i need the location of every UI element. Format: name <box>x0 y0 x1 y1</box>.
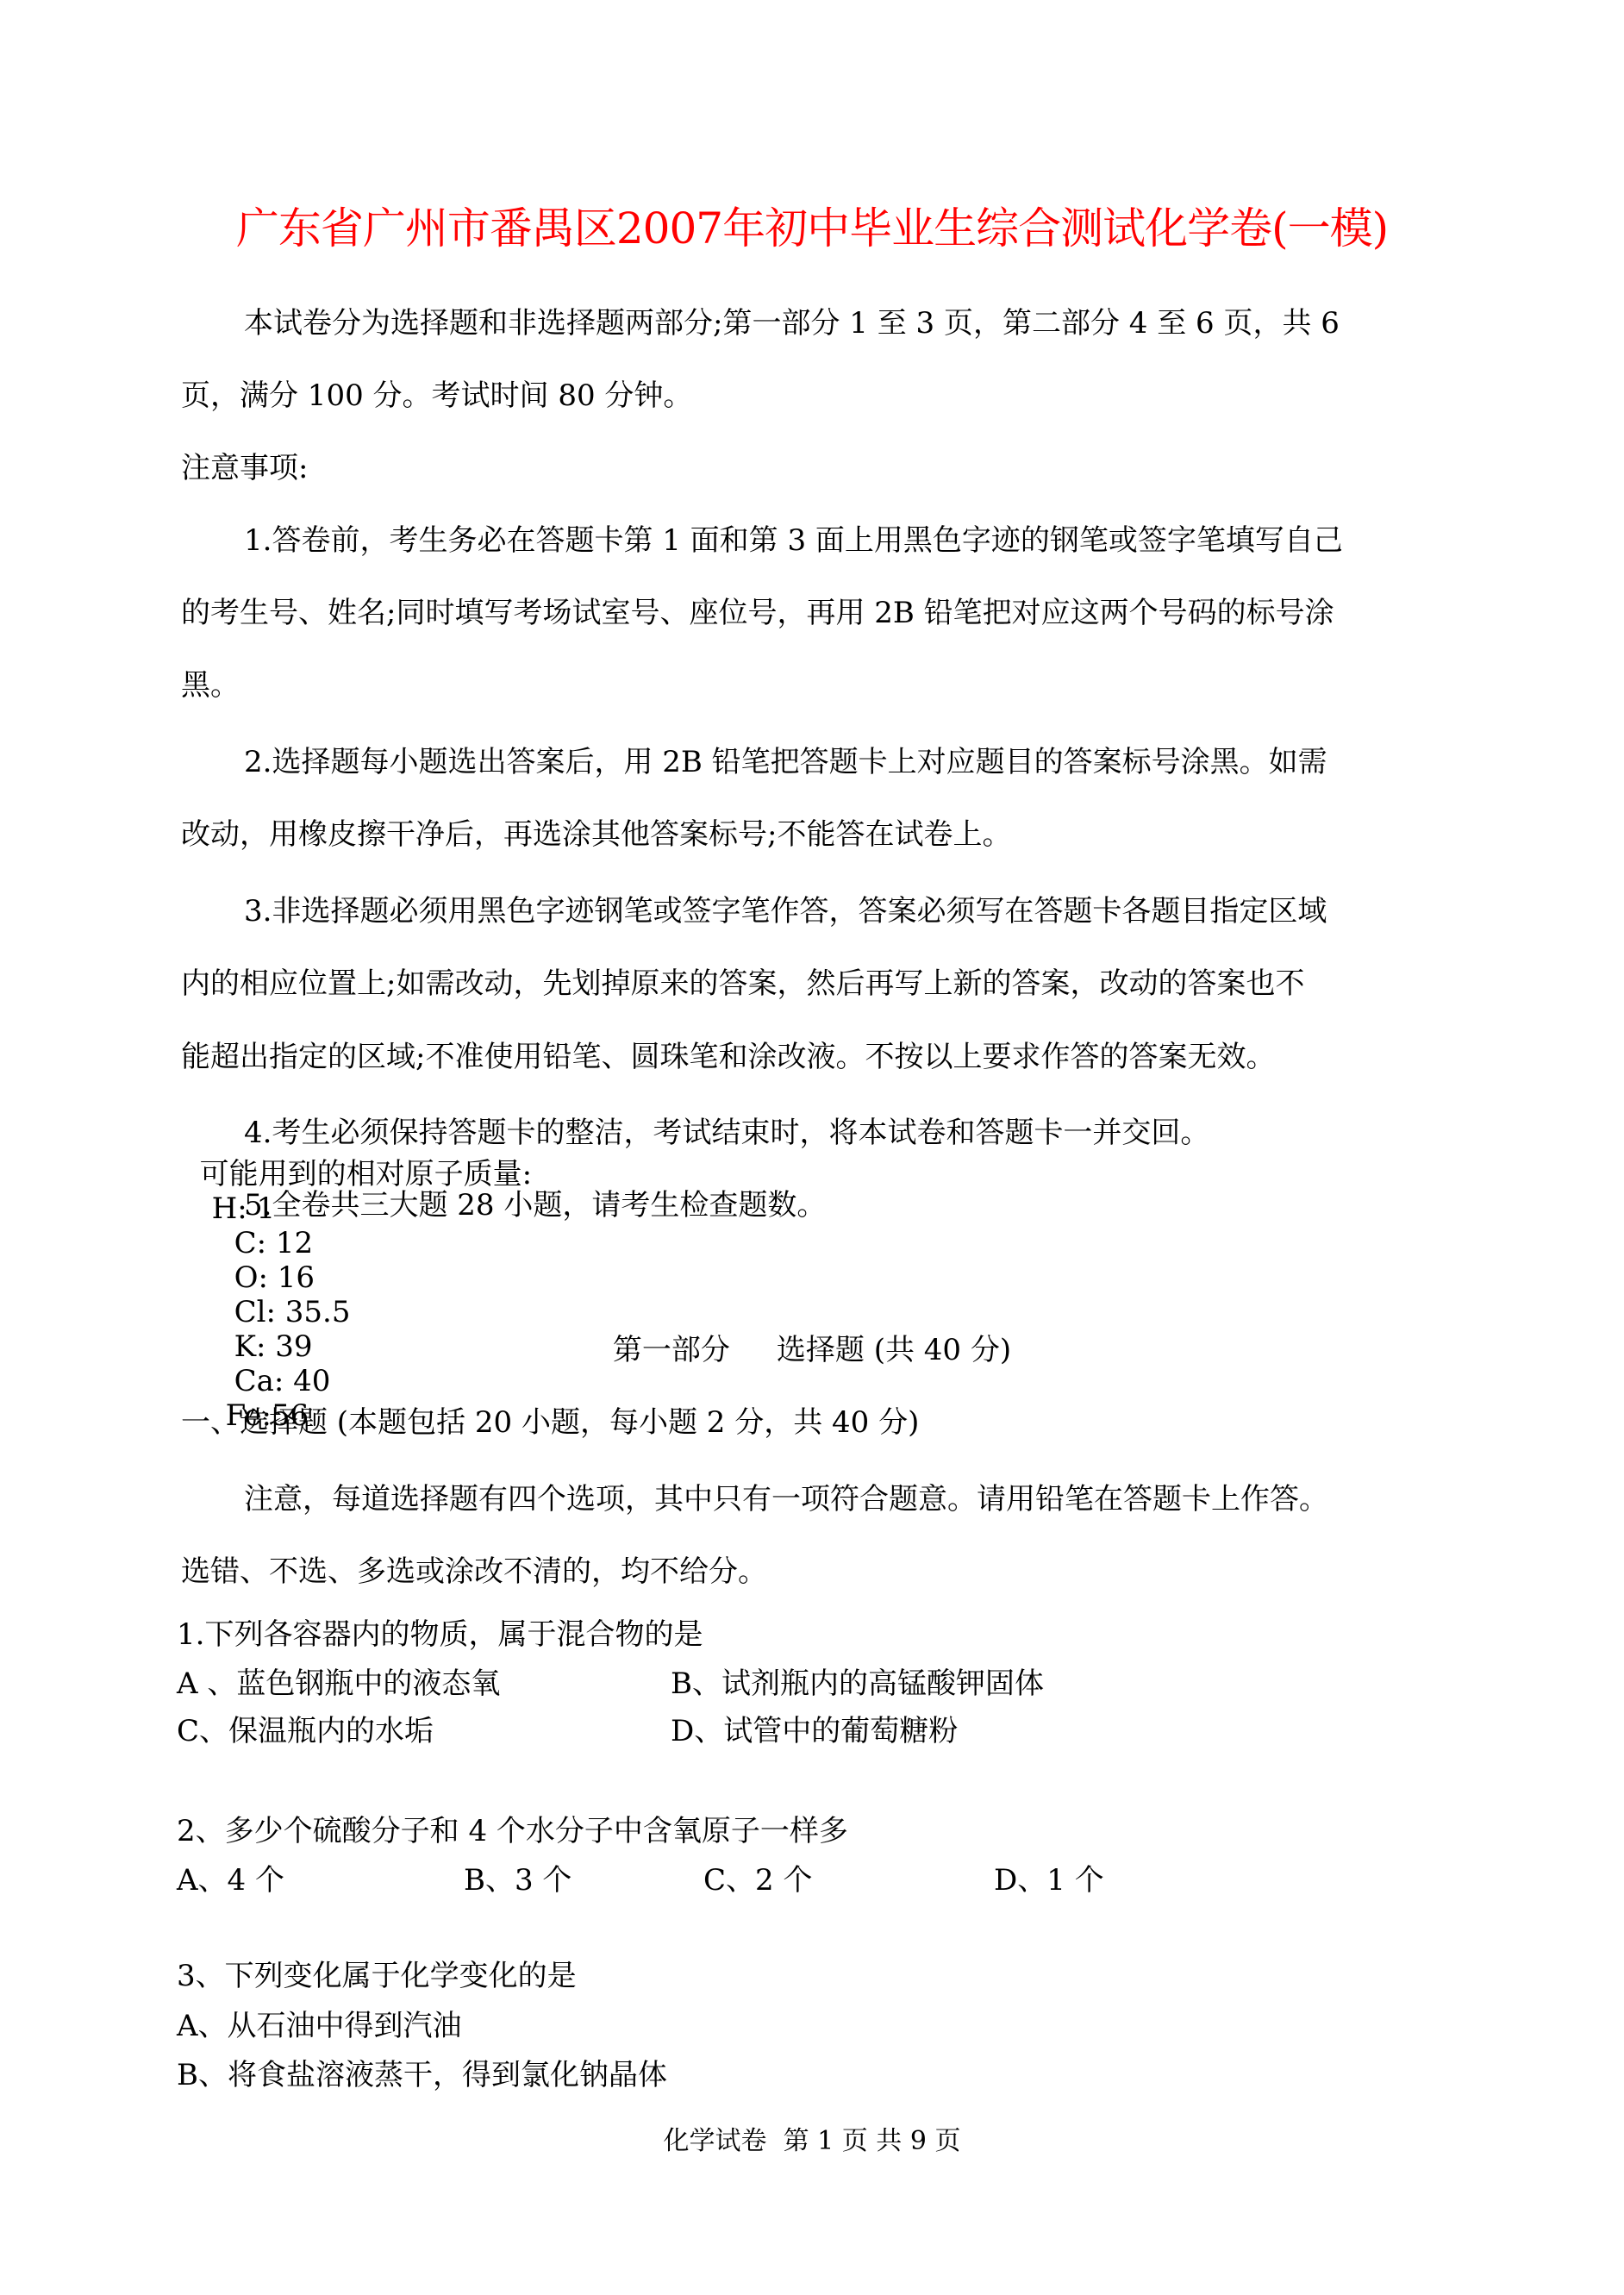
atomic-mass-cl: Cl: 35.5 <box>234 1295 351 1329</box>
intro-line-2: 页，满分 100 分。考试时间 80 分钟。 <box>181 378 692 413</box>
page-footer: 化学试卷 第 1 页 共 9 页 <box>0 2126 1624 2157</box>
atomic-masses-label: 可能用到的相对原子质量: <box>200 1157 532 1191</box>
notice-item-1-line-2: 的考生号、姓名;同时填写考场试室号、座位号，再用 2B 铅笔把对应这两个号码的标… <box>181 596 1334 630</box>
notice-item-2-line-2: 改动，用橡皮擦干净后，再选涂其他答案标号;不能答在试卷上。 <box>181 817 1011 852</box>
question-3-option-b: B、将食盐溶液蒸干，得到氯化钠晶体 <box>177 2058 667 2092</box>
section1-note-line-1: 注意，每道选择题有四个选项，其中只有一项符合题意。请用铅笔在答题卡上作答。 <box>244 1482 1328 1516</box>
section1-note-line-2: 选错、不选、多选或涂改不清的，均不给分。 <box>181 1554 767 1589</box>
question-2-option-c: C、2 个 <box>703 1863 812 1898</box>
atomic-mass-o: O: 16 <box>234 1260 315 1295</box>
notice-item-1-line-3: 黑。 <box>181 668 240 703</box>
notice-item-3-line-1: 3.非选择题必须用黑色字迹钢笔或签字笔作答，答案必须写在答题卡各题目指定区域 <box>244 894 1327 929</box>
question-2-option-a: A、4 个 <box>177 1863 284 1898</box>
notice-item-2-line-1: 2.选择题每小题选出答案后，用 2B 铅笔把答题卡上对应题目的答案标号涂黑。如需 <box>244 745 1327 779</box>
question-1-option-d: D、试管中的葡萄糖粉 <box>671 1714 958 1748</box>
section1-heading: 一、选择题 (本题包括 20 小题，每小题 2 分，共 40 分) <box>181 1405 919 1440</box>
notice-heading: 注意事项: <box>181 451 308 485</box>
question-1-option-b: B、试剂瓶内的高锰酸钾固体 <box>671 1667 1044 1701</box>
notice-item-3-line-3: 能超出指定的区域;不准使用铅笔、圆珠笔和涂改液。不按以上要求作答的答案无效。 <box>181 1040 1275 1074</box>
question-3-option-a: A、从石油中得到汽油 <box>177 2009 462 2043</box>
question-2-stem: 2、多少个硫酸分子和 4 个水分子中含氧原子一样多 <box>177 1814 848 1848</box>
question-2-option-b: B、3 个 <box>464 1863 572 1898</box>
question-1-option-c: C、保温瓶内的水垢 <box>177 1714 434 1748</box>
document-title: 广东省广州市番禺区2007年初中毕业生综合测试化学卷(一模) <box>0 203 1624 254</box>
intro-line-1: 本试卷分为选择题和非选择题两部分;第一部分 1 至 3 页，第二部分 4 至 6… <box>244 306 1340 341</box>
notice-item-1-line-1: 1.答卷前，考生务必在答题卡第 1 面和第 3 面上用黑色字迹的钢笔或签字笔填写… <box>244 523 1343 558</box>
notice-item-3-line-2: 内的相应位置上;如需改动，先划掉原来的答案，然后再写上新的答案，改动的答案也不 <box>181 966 1304 1001</box>
atomic-mass-c: C: 12 <box>234 1226 314 1260</box>
atomic-masses-line: 可能用到的相对原子质量: H: 1 C: 12 O: 16 Cl: 35.5 K… <box>181 1122 532 1433</box>
part1-heading: 第一部分 选择题 (共 40 分) <box>0 1333 1624 1367</box>
question-3-stem: 3、下列变化属于化学变化的是 <box>177 1959 577 1993</box>
question-2-option-d: D、1 个 <box>994 1863 1104 1898</box>
question-1-stem: 1.下列各容器内的物质，属于混合物的是 <box>177 1617 703 1652</box>
question-1-option-a: A 、蓝色钢瓶中的液态氧 <box>177 1667 500 1701</box>
atomic-mass-ca: Ca: 40 <box>234 1364 331 1398</box>
atomic-mass-h: H: 1 <box>212 1191 276 1226</box>
